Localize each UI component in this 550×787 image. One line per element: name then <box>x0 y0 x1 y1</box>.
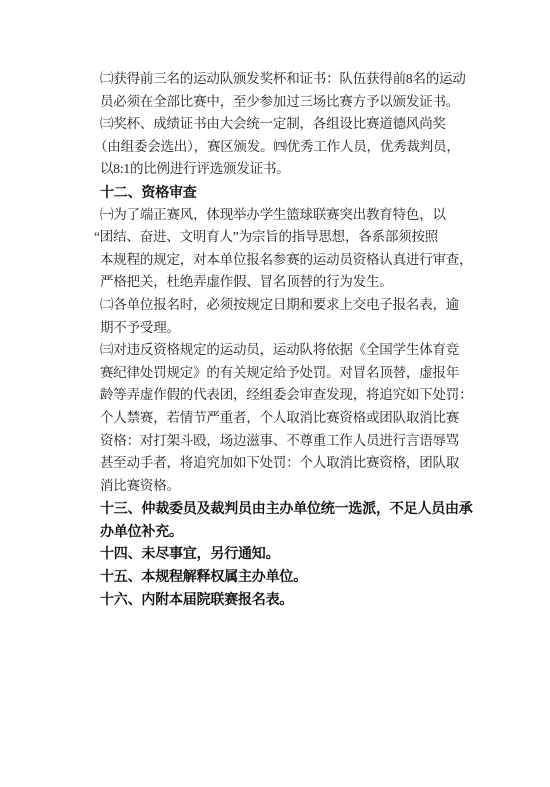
body-text-line: 以8:1的比例进行评选颁发证书。 <box>100 158 478 181</box>
body-text-line: ㈠为了端正赛风，体现举办学生篮球联赛突出教育特色，以 <box>100 204 478 227</box>
heading-line: 办单位补充。 <box>100 520 478 543</box>
body-text-line: 消比赛资格。 <box>100 475 478 498</box>
heading-line: 十二、资格审查 <box>100 181 478 204</box>
heading-line: 十五、本规程解释权属主办单位。 <box>100 565 478 588</box>
body-text-line: ㈡各单位报名时，必须按规定日期和要求上交电子报名表，逾 <box>100 294 478 317</box>
heading-line: 十六、内附本届院联赛报名表。 <box>100 588 478 611</box>
body-text-line: “团结、奋进、文明育人”为宗旨的指导思想，各系部须按照 <box>94 226 478 249</box>
body-text-line: ㈢奖杯、成绩证书由大会统一定制，各组设比赛道德风尚奖 <box>100 113 478 136</box>
body-text-line: 资格：对打架斗殴，场边滋事、不尊重工作人员进行言语辱骂 <box>100 430 478 453</box>
body-text-line: ㈢对违反资格规定的运动员，运动队将依据《全国学生体育竞 <box>100 339 478 362</box>
body-text-line: 龄等弄虚作假的代表团，经组委会审查发现，将追究如下处罚： <box>100 384 478 407</box>
heading-line: 十三、仲裁委员及裁判员由主办单位统一选派，不足人员由承 <box>100 497 478 520</box>
body-text-line: 严格把关，杜绝弄虚作假、冒名顶替的行为发生。 <box>100 271 478 294</box>
body-text-line: 本规程的规定，对本单位报名参赛的运动员资格认真进行审查， <box>100 249 478 272</box>
body-text-line: 个人禁赛，若情节严重者，个人取消比赛资格或团队取消比赛 <box>100 407 478 430</box>
document-page: ㈡获得前三名的运动队颁发奖杯和证书：队伍获得前8名的运动员必须在全部比赛中，至少… <box>0 0 550 787</box>
body-text-line: 甚至动手者，将追究加如下处罚：个人取消比赛资格，团队取 <box>100 452 478 475</box>
body-text-line: （由组委会选出），赛区颁发。㈣优秀工作人员，优秀裁判员， <box>94 136 478 159</box>
heading-line: 十四、未尽事宜，另行通知。 <box>100 542 478 565</box>
body-text-line: ㈡获得前三名的运动队颁发奖杯和证书：队伍获得前8名的运动 <box>100 68 478 91</box>
body-text-line: 赛纪律处罚规定》的有关规定给予处罚。对冒名顶替，虚报年 <box>100 362 478 385</box>
body-text-line: 期不予受理。 <box>100 317 478 340</box>
body-text-line: 员必须在全部比赛中，至少参加过三场比赛方予以颁发证书。 <box>100 91 478 114</box>
document-content: ㈡获得前三名的运动队颁发奖杯和证书：队伍获得前8名的运动员必须在全部比赛中，至少… <box>100 68 478 610</box>
